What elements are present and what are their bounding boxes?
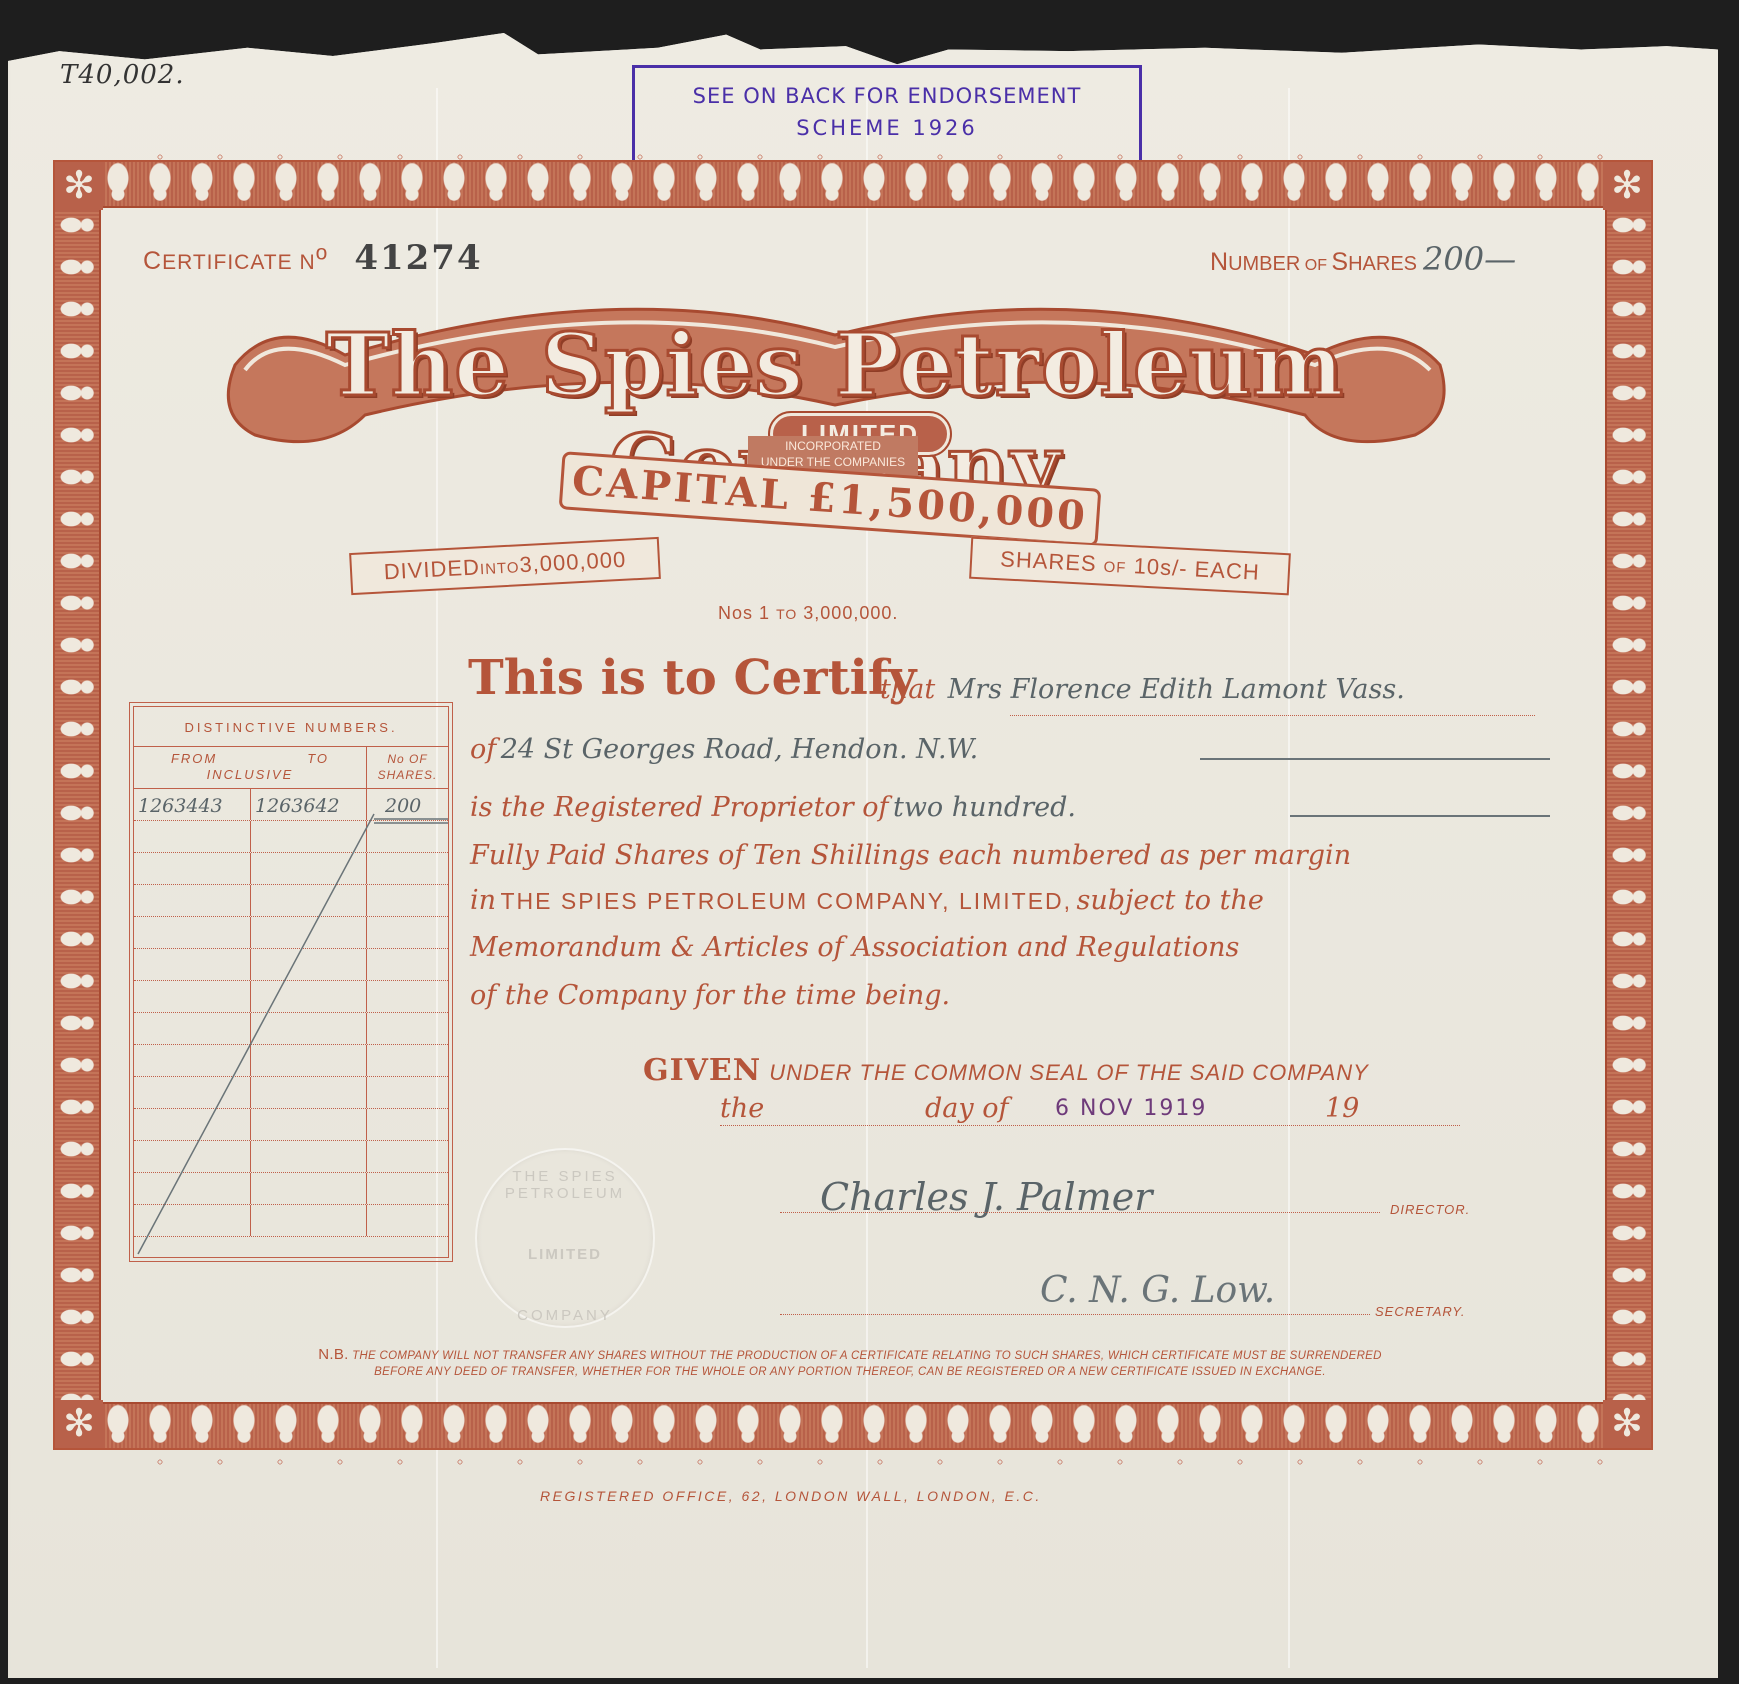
nb-label: N.B. [318, 1346, 348, 1363]
day-of-text: day of [925, 1093, 1008, 1124]
distinctive-numbers-table: DISTINCTIVE NUMBERS. FROMTO INCLUSIVE No… [133, 706, 449, 1258]
that-text: that [880, 674, 935, 705]
fully-paid-text: Fully Paid Shares of Ten Shillings each … [470, 840, 1351, 871]
nos-to-label: TO [776, 606, 797, 622]
proprietor-line: is the Registered Proprietor of two hund… [470, 792, 1739, 823]
address-line: of 24 St Georges Road, Hendon. N.W. [470, 734, 1739, 765]
given-under-text: UNDER THE COMMON SEAL OF THE SAID COMPAN… [769, 1060, 1369, 1085]
year-prefix: 19 [1325, 1093, 1359, 1124]
the-text: the [720, 1093, 764, 1124]
dotted-rule [1010, 715, 1535, 716]
border-band-top [55, 162, 1651, 208]
table-body: 1263443 1263642 200 [134, 789, 448, 1257]
secretary-signature: C. N. G. Low. [1040, 1270, 1275, 1311]
subject-text: subject to the [1077, 885, 1264, 916]
company-line: in THE SPIES PETROLEUM COMPANY, LIMITED,… [470, 885, 1739, 916]
incorporated-line: INCORPORATED [748, 438, 918, 454]
dotted-rule [720, 1125, 1460, 1126]
nos-from: 1 [759, 603, 770, 623]
seal-bottom-text: COMPANY [477, 1307, 653, 1324]
holder-name: Mrs Florence Edith Lamont Vass. [948, 674, 1405, 705]
fully-paid-line: Fully Paid Shares of Ten Shillings each … [470, 840, 1739, 871]
certify-heading: This is to Certify [468, 650, 916, 706]
corner-rosette-icon: ✻ [1603, 1400, 1651, 1448]
corner-rosette-icon: ✻ [1603, 162, 1651, 210]
divided-text: DIVIDED [383, 554, 480, 584]
stamped-date: 6 NOV 1919 [1055, 1096, 1207, 1121]
pen-fill-line [1290, 815, 1550, 817]
notice-line-2: BEFORE ANY DEED OF TRANSFER, WHETHER FOR… [200, 1364, 1500, 1380]
in-text: in [470, 885, 496, 916]
holder-line: that Mrs Florence Edith Lamont Vass. [880, 674, 1739, 705]
endorsement-stamp: SEE ON BACK FOR ENDORSEMENT SCHEME 1926 [632, 65, 1142, 165]
shares-label: N [1210, 248, 1228, 276]
of-company-text: of the Company for the time being. [470, 980, 950, 1011]
share-quantity-words: two hundred. [893, 792, 1076, 823]
notice-line-1: THE COMPANY WILL NOT TRANSFER ANY SHARES… [352, 1350, 1382, 1362]
director-label: DIRECTOR. [1390, 1202, 1470, 1217]
pen-fill-line [1200, 758, 1550, 760]
memorandum-text: Memorandum & Articles of Association and… [470, 932, 1239, 963]
given-word: GIVEN [643, 1053, 761, 1088]
seal-center-text: LIMITED [477, 1246, 653, 1263]
divided-count: 3,000,000 [519, 547, 627, 578]
border-band-bottom [55, 1402, 1651, 1448]
certificate-number: 41274 [354, 238, 482, 278]
nos-prefix: Nos [718, 603, 753, 623]
table-title: DISTINCTIVE NUMBERS. [134, 707, 448, 747]
nos-to: 3,000,000. [803, 603, 898, 623]
border-band-left [55, 162, 101, 1448]
seal-top-text: THE SPIES PETROLEUM [477, 1168, 653, 1202]
stamp-line-2: SCHEME 1926 [635, 116, 1139, 140]
no-of-shares-header: No OF SHARES. [367, 747, 448, 788]
perforation-dots [130, 1458, 1610, 1466]
shares-value: 200— [1423, 240, 1516, 278]
company-title-banner: The Spies Petroleum Company LIMITED [215, 295, 1455, 455]
share-value-text: 10s/- EACH [1133, 553, 1260, 585]
cert-label-sup: o [316, 242, 329, 265]
given-line: GIVENUNDER THE COMMON SEAL OF THE SAID C… [643, 1053, 1369, 1088]
of-text: of [470, 734, 496, 765]
transfer-notice: N.B. THE COMPANY WILL NOT TRANSFER ANY S… [200, 1347, 1500, 1380]
shares-label: UMBER [1228, 253, 1300, 275]
memorandum-line: Memorandum & Articles of Association and… [470, 932, 1739, 963]
holder-address: 24 St Georges Road, Hendon. N.W. [501, 734, 979, 765]
signature-rule [780, 1314, 1370, 1315]
registered-proprietor-text: is the Registered Proprietor of [470, 792, 889, 823]
shares-label: S [1331, 248, 1348, 276]
from-to-header: FROMTO INCLUSIVE [134, 747, 367, 788]
corner-rosette-icon: ✻ [55, 1400, 103, 1448]
col-from: FROM [171, 751, 217, 766]
into-text: INTO [480, 559, 520, 578]
cert-label: C [143, 247, 162, 275]
shares-text: SHARES [1000, 546, 1098, 576]
number-of-shares-field: NUMBER OF SHARES200— [1210, 240, 1516, 278]
share-number-range: Nos 1 TO 3,000,000. [718, 603, 898, 624]
of-text: OF [1103, 559, 1127, 577]
reference-annotation: T40,002. [60, 60, 185, 90]
col-shares: SHARES. [367, 767, 448, 783]
corner-rosette-icon: ✻ [55, 162, 103, 210]
col-to: TO [307, 751, 329, 766]
embossed-seal: THE SPIES PETROLEUM LIMITED COMPANY [475, 1148, 655, 1328]
cert-label: ERTIFICATE N [162, 251, 316, 274]
pencil-cancel-line-icon [134, 789, 450, 1257]
shares-label: HARES [1348, 253, 1417, 275]
company-name-caps: THE SPIES PETROLEUM COMPANY, LIMITED, [500, 888, 1072, 914]
signature-rule [780, 1212, 1380, 1213]
date-line: the day of 6 NOV 1919 19 [720, 1093, 1460, 1129]
table-header-row: FROMTO INCLUSIVE No OF SHARES. [134, 747, 448, 789]
time-being-line: of the Company for the time being. [470, 980, 1739, 1011]
shares-label: OF [1300, 257, 1331, 274]
secretary-label: SECRETARY. [1375, 1304, 1465, 1319]
col-no: No OF [367, 751, 448, 767]
registered-office: REGISTERED OFFICE, 62, LONDON WALL, LOND… [540, 1488, 1042, 1504]
col-inclusive: INCLUSIVE [134, 767, 366, 783]
stamp-line-1: SEE ON BACK FOR ENDORSEMENT [635, 84, 1139, 108]
certificate-number-field: CERTIFICATE No41274 [143, 238, 483, 278]
